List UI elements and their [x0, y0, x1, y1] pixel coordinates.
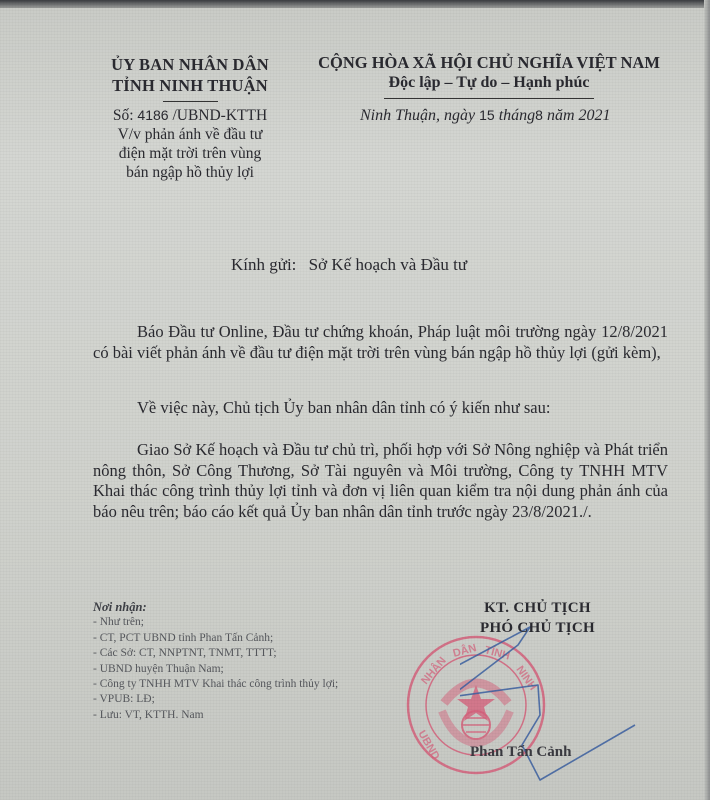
national-heading-block: CỘNG HÒA XÃ HỘI CHỦ NGHĨA VIỆT NAM Độc l… [318, 52, 660, 99]
place-date-line: Ninh Thuận, ngày 15 tháng8 năm 2021 [360, 107, 611, 125]
recipient-item: - Các Sở: CT, NNPTNT, TNMT, TTTT; [93, 646, 338, 661]
signer-name: Phan Tấn Cảnh [470, 744, 571, 761]
agency-line-1: ỦY BAN NHÂN DÂN [85, 54, 295, 75]
screen-right-edge [704, 0, 710, 800]
signature-title: KT. CHỦ TỊCH PHÓ CHỦ TỊCH [440, 598, 635, 638]
greeting-label: Kính gửi: [231, 255, 296, 274]
doc-number-prefix: Số: [113, 107, 134, 124]
body-paragraph-3: Giao Sở Kế hoạch và Đầu tư chủ trì, phối… [93, 440, 668, 522]
subject-line-2: điện mặt trời trên vùng [85, 144, 295, 163]
recipient-item: - Lưu: VT, KTTH. Nam [93, 708, 338, 723]
recipient-item: - VPUB: LĐ; [93, 692, 338, 707]
screen-top-edge [0, 0, 710, 8]
doc-number-value: 4186 [137, 107, 168, 123]
doc-number-suffix: /UBND-KTTH [172, 107, 267, 124]
svg-text:NHÂN: NHÂN [418, 654, 448, 687]
svg-text:UBND: UBND [415, 729, 441, 763]
month-label: tháng [499, 107, 535, 124]
date-year: năm 2021 [547, 107, 611, 124]
place-prefix: Ninh Thuận, ngày [360, 107, 475, 124]
agency-underline [163, 101, 218, 102]
recipient-item: - Công ty TNHH MTV Khai thác công trình … [93, 677, 338, 692]
date-month: 8 [535, 107, 543, 123]
date-day: 15 [479, 107, 495, 123]
agency-line-2: TỈNH NINH THUẬN [85, 75, 295, 96]
recipients-title: Nơi nhận: [93, 600, 338, 615]
recipient-item: - CT, PCT UBND tỉnh Phan Tấn Cảnh; [93, 631, 338, 646]
body-paragraph-2: Về việc này, Chủ tịch Ủy ban nhân dân tỉ… [93, 398, 668, 419]
signature-title-line-1: KT. CHỦ TỊCH [440, 598, 635, 618]
subject-line-1: V/v phản ánh về đầu tư [85, 125, 295, 144]
body-paragraph-1: Báo Đầu tư Online, Đầu tư chứng khoán, P… [93, 322, 668, 363]
motto-underline [384, 98, 594, 99]
document-number: Số: 4186 /UBND-KTTH [85, 106, 295, 125]
recipient-item: - UBND huyện Thuận Nam; [93, 662, 338, 677]
issuing-agency-block: ỦY BAN NHÂN DÂN TỈNH NINH THUẬN Số: 4186… [85, 54, 295, 182]
recipients-list: Nơi nhận: - Như trên; - CT, PCT UBND tỉn… [93, 600, 338, 723]
national-motto: Độc lập – Tự do – Hạnh phúc [318, 73, 660, 93]
nation-title: CỘNG HÒA XÃ HỘI CHỦ NGHĨA VIỆT NAM [318, 52, 660, 73]
greeting-recipient: Sở Kế hoạch và Đầu tư [309, 255, 467, 274]
recipient-item: - Như trên; [93, 615, 338, 630]
addressee-line: Kính gửi: Sở Kế hoạch và Đầu tư [231, 255, 467, 275]
signature-title-line-2: PHÓ CHỦ TỊCH [440, 618, 635, 638]
subject-line-3: bán ngập hồ thủy lợi [85, 163, 295, 182]
